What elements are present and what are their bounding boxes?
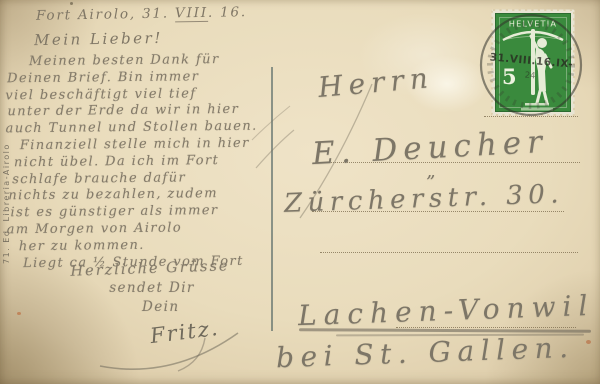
postmark: 31.VIII.16.IX- 24 [470, 4, 592, 126]
foxing-speck [17, 312, 21, 315]
address-flourish [256, 130, 294, 168]
foxing-speck [586, 340, 591, 344]
foxing-speck [70, 2, 73, 5]
postmark-time: 24 [524, 71, 536, 82]
signature-flourish [100, 333, 238, 369]
address-flourish [252, 106, 290, 140]
postmark-date: 31.VIII.16.IX- [489, 51, 573, 70]
postcard-back: 71. Ed. Libreria-Airolo Fort Airolo, 31.… [0, 0, 600, 384]
postmark-center: 31.VIII.16.IX- 24 [488, 51, 573, 84]
